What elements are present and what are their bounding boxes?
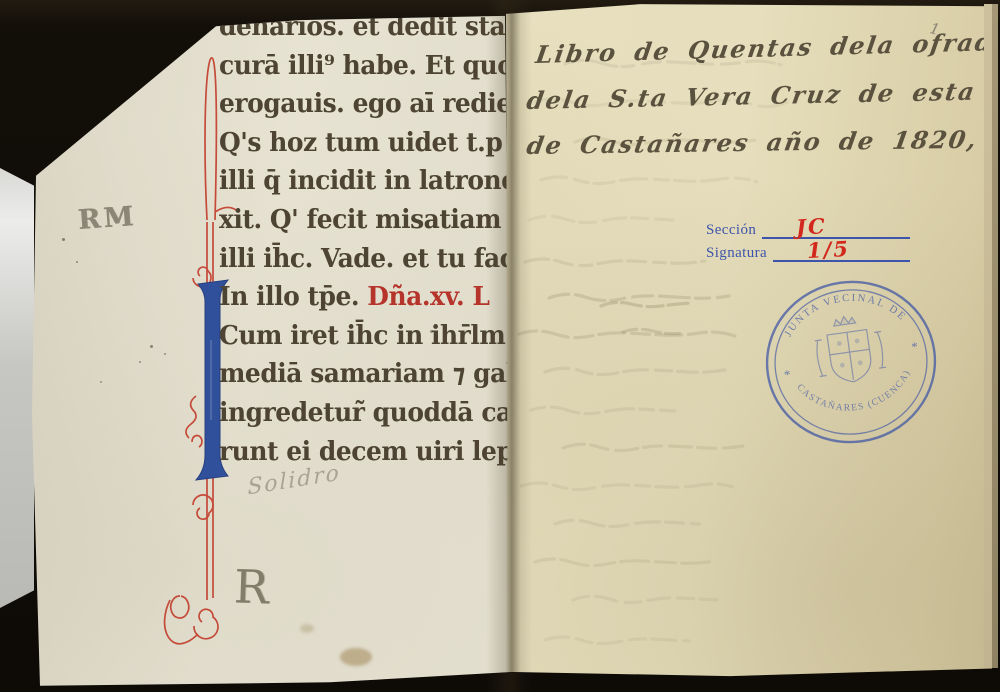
signatura-label: Signatura xyxy=(706,245,773,262)
seal-top-text: JUNTA VECINAL DE xyxy=(779,285,910,340)
seal-coat-of-arms xyxy=(812,312,888,387)
stain xyxy=(340,648,372,666)
pencil-letter-sketch: R xyxy=(233,559,270,614)
signatura-value: 1/5 xyxy=(806,236,850,263)
page-fore-edge xyxy=(992,4,998,668)
gothic-text-line: runt ei decem uiri lepros xyxy=(219,437,517,476)
seccion-label: Sección xyxy=(706,222,762,239)
gothic-text-line: erogauis. ego aī redie xyxy=(219,89,517,128)
speck xyxy=(139,361,141,363)
seccion-value: JC xyxy=(796,213,828,240)
seal-right-star: * xyxy=(910,339,919,355)
gothic-text-block: denarios. et dedit stabu curā illi⁹ habe… xyxy=(219,12,529,475)
pencil-monogram: RM xyxy=(77,201,137,236)
signatura-line: 1/5 xyxy=(773,242,910,262)
speck xyxy=(100,381,102,383)
gothic-text-segment: In illo tp̄e. xyxy=(219,282,367,312)
svg-text:JUNTA VECINAL DE: JUNTA VECINAL DE xyxy=(779,285,910,340)
gothic-text-line: illi ih̄c. Vade. et tu fac xyxy=(219,244,517,283)
gothic-text-line-with-rubric: In illo tp̄e. Dña.xv. L xyxy=(219,282,517,321)
page-fore-edge xyxy=(984,4,992,668)
speck xyxy=(430,330,433,333)
speck xyxy=(76,261,78,263)
gothic-text-line: denarios. et dedit stabu xyxy=(219,12,517,51)
gothic-text-line: xit. Q' fecit misatiam i xyxy=(219,205,517,244)
archive-stamp: Sección JC Signatura 1/5 xyxy=(706,216,910,262)
seccion-row: Sección JC xyxy=(706,216,910,239)
gothic-text-line: illi q̄ incidit in latrones. xyxy=(219,166,517,205)
gothic-text-line: Cum iret ih̄c in ihr̄lm. xyxy=(219,321,517,360)
gothic-text-line: curā illi⁹ habe. Et quod xyxy=(219,51,517,90)
stain xyxy=(300,624,314,633)
manuscript-book-scan: denarios. et dedit stabu curā illi⁹ habe… xyxy=(0,0,1000,692)
seal-bottom-text: CASTAÑARES (CUENCA) xyxy=(794,367,918,422)
gothic-text-line: mediā samariam ⁊ gali xyxy=(219,359,517,398)
speck xyxy=(62,238,65,241)
signatura-row: Signatura 1/5 xyxy=(706,239,910,262)
speck xyxy=(150,345,153,348)
rubric-text: Dña.xv. L xyxy=(367,282,489,312)
gothic-text-line: Q's hoz tum uidet t.p xyxy=(219,128,517,167)
speck xyxy=(164,353,166,355)
gothic-text-line: ingredetur̃ quoddā cast xyxy=(219,398,517,437)
gutter-shadow xyxy=(486,0,532,692)
svg-text:CASTAÑARES (CUENCA): CASTAÑARES (CUENCA) xyxy=(794,367,918,422)
scanner-backing-strip xyxy=(0,168,34,608)
seal-left-star: * xyxy=(783,367,792,383)
oval-seal: JUNTA VECINAL DE CASTAÑARES (CUENCA) * * xyxy=(745,264,957,461)
